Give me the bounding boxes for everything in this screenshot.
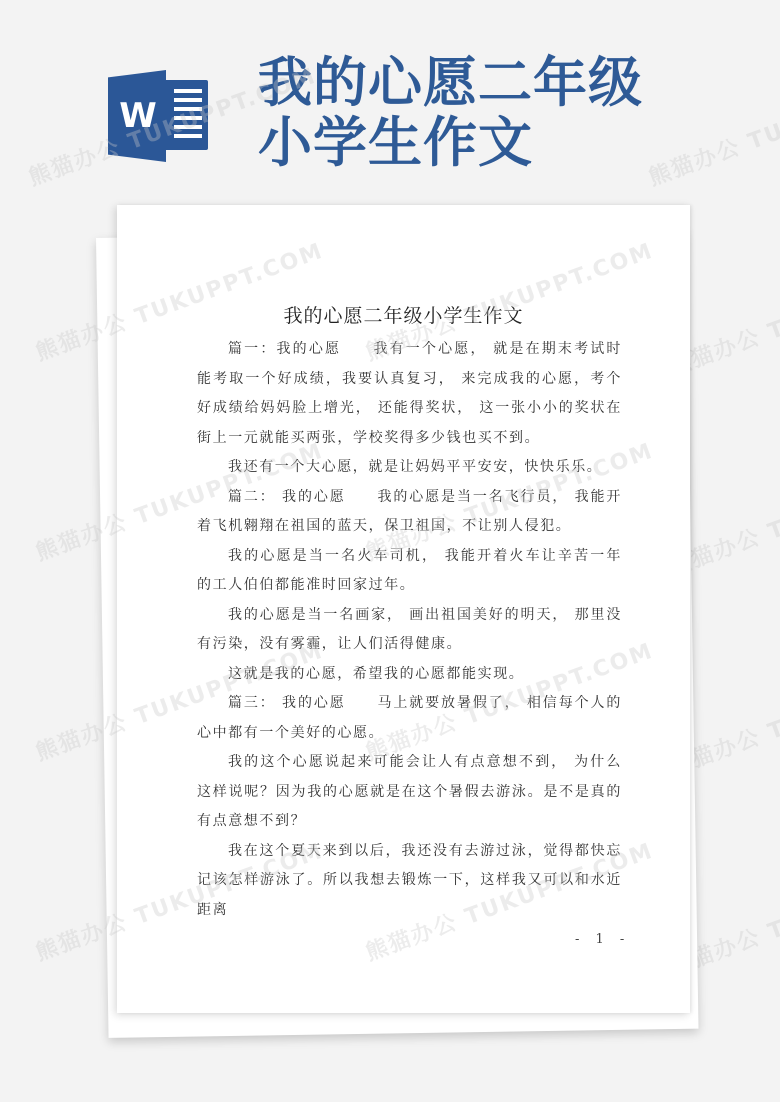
paragraph: 我在这个夏天来到以后，我还没有去游过泳，觉得都快忘记该怎样游泳了。所以我想去锻炼…: [197, 837, 622, 926]
word-icon-doc-panel: [164, 80, 208, 150]
page-title: 我的心愿二年级小学生作文: [258, 52, 688, 172]
paragraph: 我的心愿是当一名火车司机， 我能开着火车让辛苦一年的工人伯伯都能准时回家过年。: [197, 542, 622, 601]
paragraph: 我的这个心愿说起来可能会让人有点意想不到， 为什么这样说呢？因为我的心愿就是在这…: [197, 748, 622, 837]
document-page: 我的心愿二年级小学生作文 篇一：我的心愿 我有一个心愿， 就是在期末考试时能考取…: [117, 205, 690, 1013]
paragraph: 我还有一个大心愿，就是让妈妈平平安安，快快乐乐。: [197, 453, 622, 483]
document-body: 篇一：我的心愿 我有一个心愿， 就是在期末考试时能考取一个好成绩，我要认真复习，…: [197, 335, 622, 925]
paragraph: 篇二： 我的心愿 我的心愿是当一名飞行员， 我能开着飞机翱翔在祖国的蓝天，保卫祖…: [197, 483, 622, 542]
word-icon-letter: W: [108, 70, 166, 162]
paragraph: 我的心愿是当一名画家， 画出祖国美好的明天， 那里没有污染，没有雾霾，让人们活得…: [197, 601, 622, 660]
word-icon: W: [108, 70, 208, 162]
document-title: 我的心愿二年级小学生作文: [117, 301, 690, 328]
paragraph: 这就是我的心愿，希望我的心愿都能实现。: [197, 660, 622, 690]
paragraph: 篇三： 我的心愿 马上就要放暑假了， 相信每个人的心中都有一个美好的心愿。: [197, 689, 622, 748]
paragraph: 篇一：我的心愿 我有一个心愿， 就是在期末考试时能考取一个好成绩，我要认真复习，…: [197, 335, 622, 453]
page-number: - 1 -: [575, 932, 630, 947]
